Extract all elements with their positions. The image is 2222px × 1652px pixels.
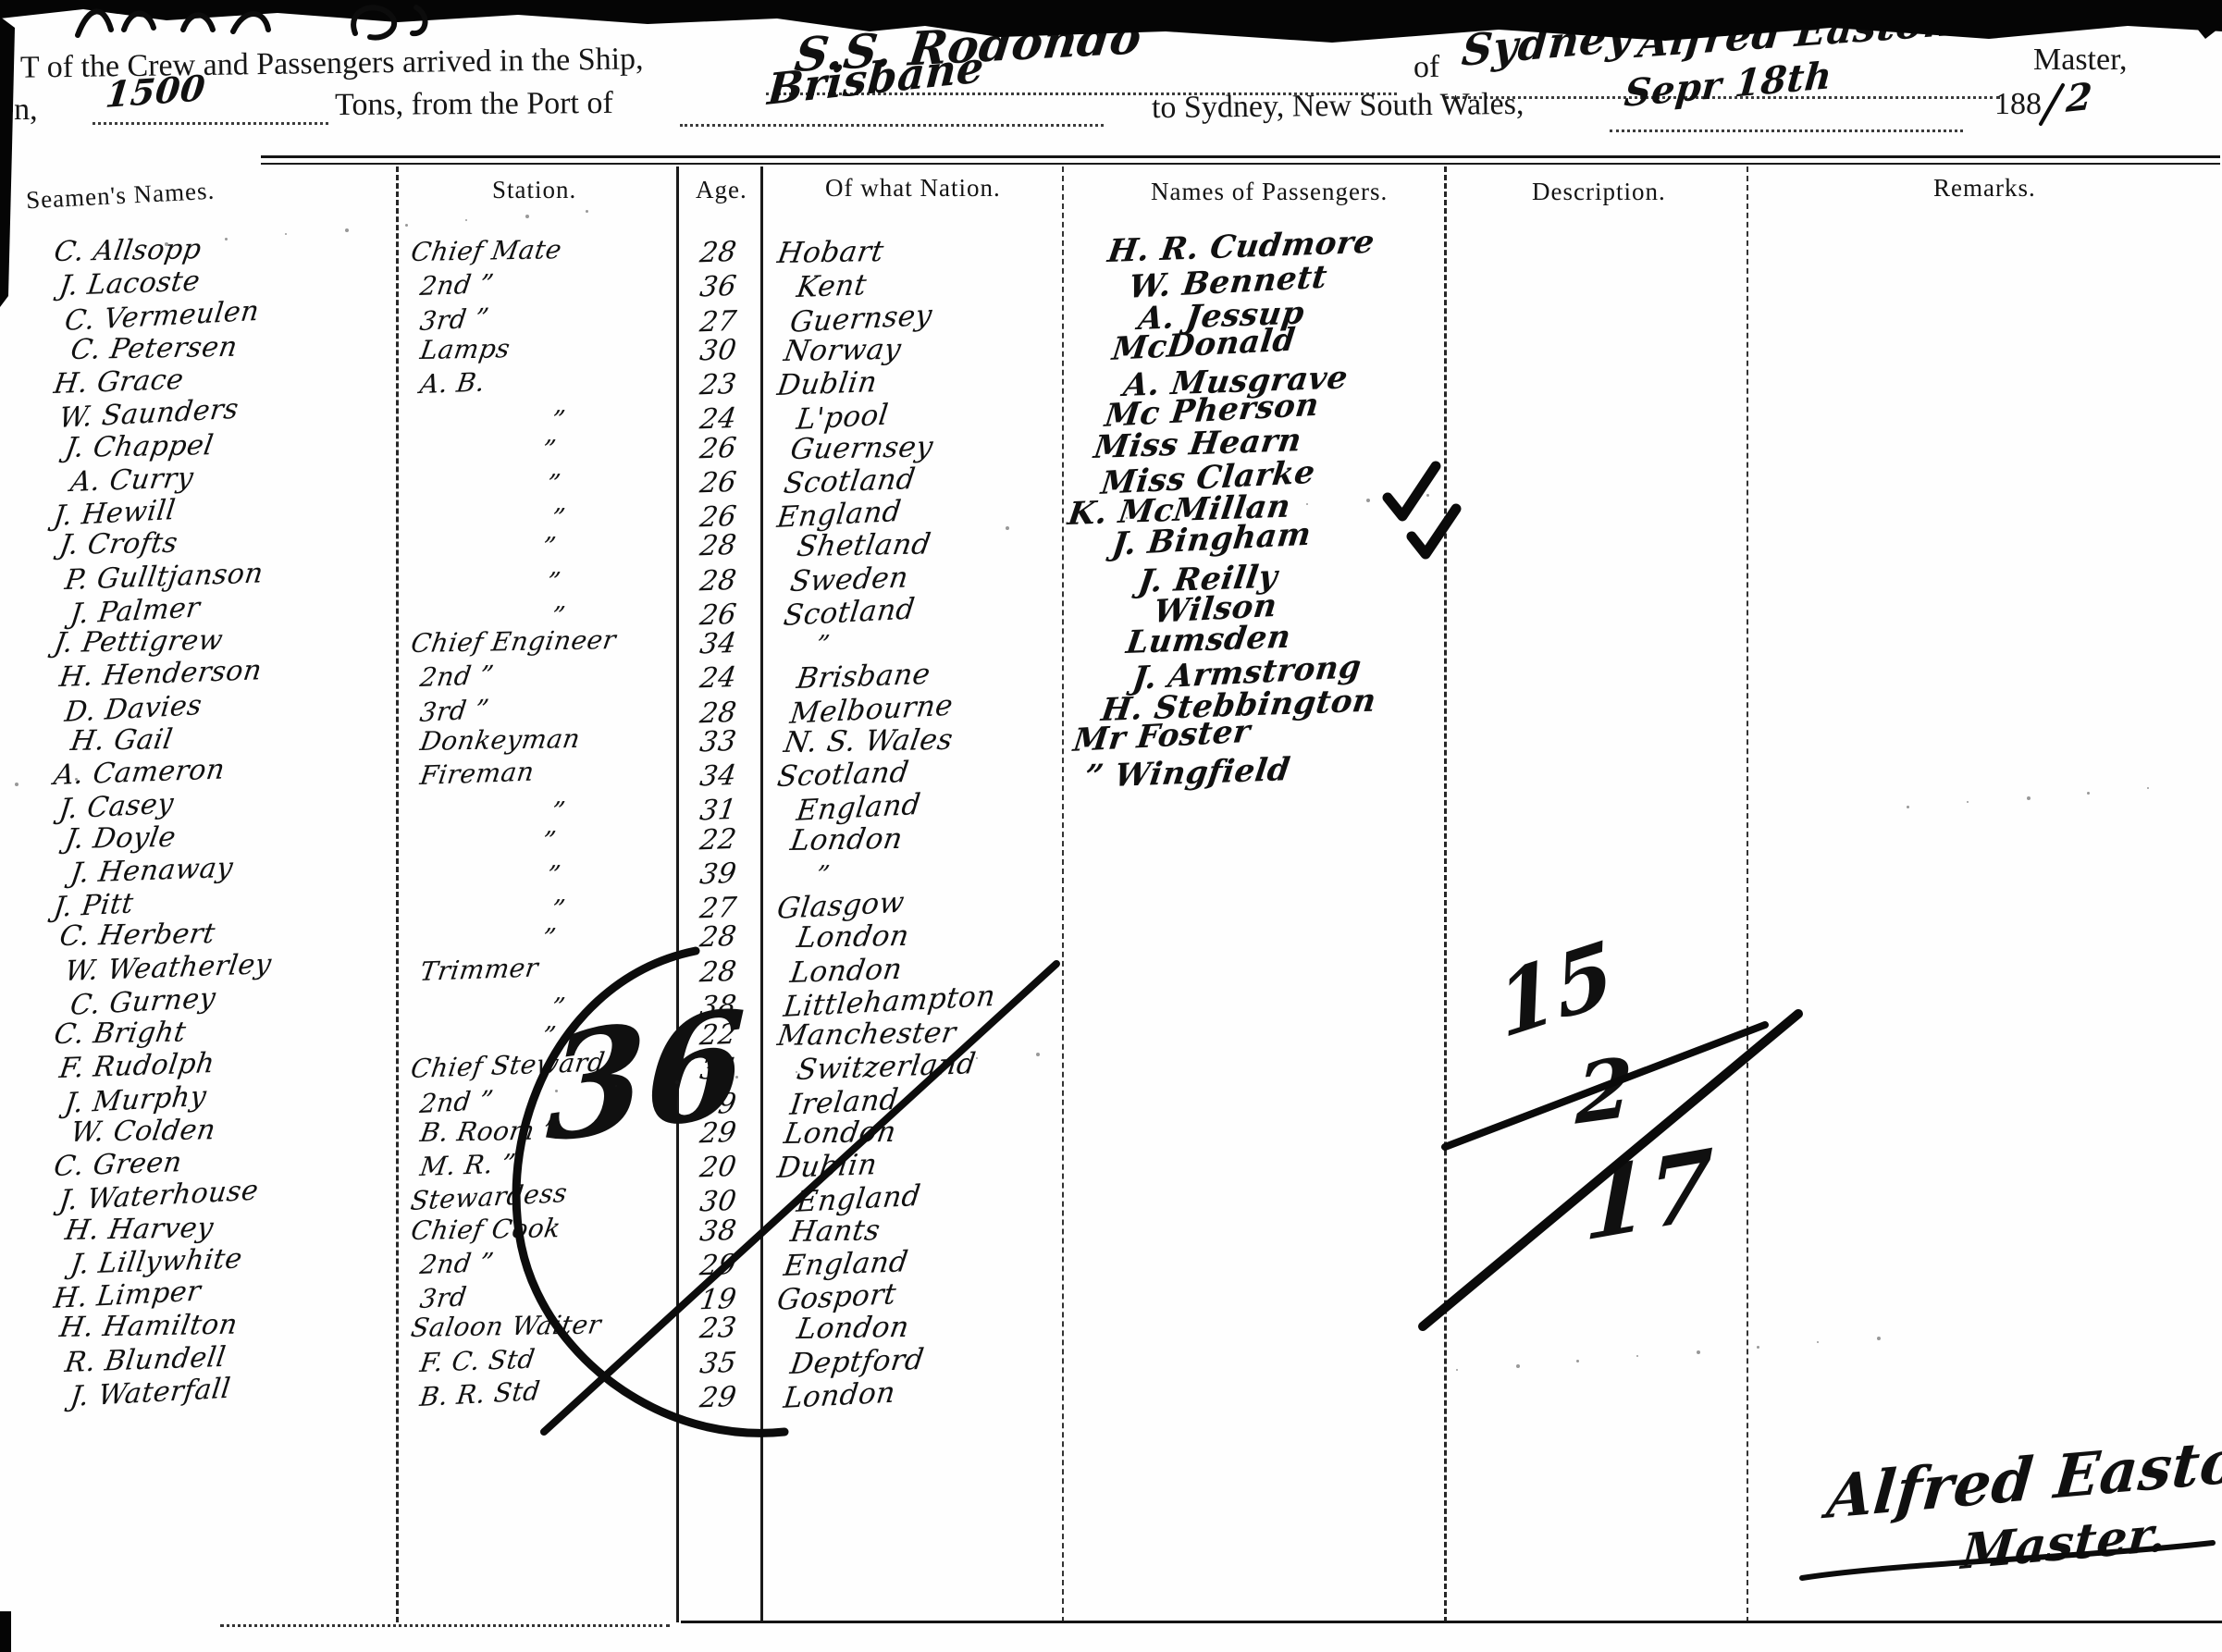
scan-noise-dot bbox=[1126, 517, 1128, 519]
crew-age: 29 bbox=[681, 1380, 756, 1415]
crew-station: B. Room ” bbox=[418, 1115, 560, 1148]
scan-noise-dot bbox=[1036, 1053, 1040, 1056]
scan-bottom-left-mark bbox=[0, 1611, 11, 1652]
port-rule bbox=[680, 124, 1104, 127]
crew-age: 34 bbox=[681, 758, 756, 794]
form-tons-label: Tons, from the Port of bbox=[335, 86, 613, 123]
crew-station: Chief Engineer bbox=[409, 624, 618, 659]
crew-station: Chief Cook bbox=[409, 1213, 563, 1246]
crew-age: 34 bbox=[681, 626, 756, 661]
scan-noise-dot bbox=[976, 1057, 978, 1059]
crew-name: W. Colden bbox=[68, 1114, 218, 1149]
crew-age: 24 bbox=[681, 660, 756, 696]
scan-noise-dot bbox=[1967, 801, 1969, 803]
crew-nation: Switzerland bbox=[795, 1047, 978, 1087]
scan-noise-dot bbox=[1877, 1337, 1881, 1340]
crew-station: Trimmer bbox=[418, 952, 540, 987]
form-destination-label: to Sydney, New South Wales, bbox=[1152, 87, 1525, 126]
passenger-name: ” Wingfield bbox=[1082, 751, 1292, 795]
crew-station: Lamps bbox=[418, 333, 512, 365]
scan-noise-dot bbox=[105, 247, 106, 249]
scan-noise-dot bbox=[1697, 1350, 1700, 1354]
crew-age: 26 bbox=[681, 465, 756, 500]
crew-age: 33 bbox=[681, 724, 756, 759]
tonnage-rule bbox=[93, 122, 328, 125]
crew-nation: Shetland bbox=[795, 528, 933, 564]
scan-corner-wedge bbox=[2172, 0, 2222, 39]
crew-nation: Kent bbox=[795, 268, 869, 304]
crew-station: 2nd ” bbox=[418, 1247, 496, 1280]
crew-name: A. Curry bbox=[68, 462, 196, 499]
column-rule-names-station bbox=[396, 166, 399, 1622]
scan-noise-dot bbox=[135, 773, 137, 775]
passenger-name: Mr Foster bbox=[1071, 712, 1253, 758]
scan-noise-dot bbox=[525, 215, 529, 218]
crew-name: H. Henderson bbox=[57, 654, 264, 694]
crew-name: J. Casey bbox=[57, 788, 176, 827]
crew-name: J. Doyle bbox=[63, 820, 179, 855]
crew-nation: Manchester bbox=[775, 1017, 958, 1053]
crew-name: C. Bright bbox=[52, 1016, 189, 1051]
crew-age: 38 bbox=[681, 1214, 756, 1249]
scan-noise-dot bbox=[15, 783, 19, 786]
crew-age: 28 bbox=[681, 919, 756, 955]
column-header-of-what-nation: Of what Nation. bbox=[825, 174, 1001, 203]
crew-name: D. Davies bbox=[63, 688, 204, 728]
crew-station: Chief Mate bbox=[409, 234, 564, 267]
crew-nation: London bbox=[782, 1116, 898, 1151]
crew-name: C. Green bbox=[52, 1146, 184, 1183]
scan-noise-dot bbox=[1516, 1364, 1520, 1368]
year-strike-stroke bbox=[2041, 85, 2063, 124]
crew-nation: London bbox=[795, 1311, 911, 1346]
crew-age: 28 bbox=[681, 563, 756, 598]
crew-station-ditto: ” bbox=[545, 469, 562, 498]
scan-noise-dot bbox=[1006, 526, 1009, 530]
scan-noise-dot bbox=[2087, 792, 2090, 795]
crew-station-ditto: ” bbox=[540, 826, 558, 855]
crew-nation: London bbox=[788, 821, 905, 857]
crew-age: 39 bbox=[681, 857, 756, 892]
form-of-label: of bbox=[1413, 50, 1440, 85]
crew-station-ditto: ” bbox=[549, 504, 567, 533]
column-header-names-of-passengers: Names of Passengers. bbox=[1151, 178, 1388, 206]
crew-name: C. Petersen bbox=[68, 331, 240, 366]
crew-station: M. R. ” bbox=[418, 1148, 518, 1182]
column-rule-age-nation bbox=[760, 166, 763, 1622]
crew-station: F. C. Std bbox=[418, 1343, 537, 1378]
scan-noise-dot bbox=[75, 778, 78, 781]
crew-nation: London bbox=[782, 1375, 897, 1415]
bottom-rule-dotted bbox=[220, 1624, 670, 1627]
crew-station: B. R. Std bbox=[418, 1375, 542, 1412]
crew-name: J. Waterfall bbox=[68, 1372, 232, 1412]
scanned-crew-passenger-list: T of the Crew and Passengers arrived in … bbox=[0, 0, 2222, 1652]
crew-age: 30 bbox=[681, 333, 756, 368]
crew-name: H. Hamilton bbox=[57, 1309, 240, 1344]
crew-nation: N. S. Wales bbox=[782, 722, 956, 758]
tonnage-handwritten: 1500 bbox=[104, 67, 207, 116]
crew-station: Saloon Waiter bbox=[409, 1310, 603, 1344]
crew-name: A. Cameron bbox=[52, 753, 227, 792]
crew-name: J. Henaway bbox=[68, 851, 235, 889]
crew-age: 20 bbox=[681, 1150, 756, 1185]
crew-station-ditto: ” bbox=[545, 860, 562, 889]
year-handwritten: 2 bbox=[2065, 74, 2094, 121]
scan-noise-dot bbox=[1757, 1346, 1759, 1349]
scan-noise-dot bbox=[1636, 1355, 1638, 1357]
crew-name: H. Gail bbox=[68, 723, 175, 758]
port-of-registry-handwritten: Sydney bbox=[1460, 10, 1635, 76]
crew-station: 3rd bbox=[418, 1281, 469, 1314]
scan-noise-dot bbox=[856, 1066, 859, 1070]
crew-station-ditto: ” bbox=[545, 567, 562, 596]
scan-noise-dot bbox=[1066, 522, 1068, 524]
crew-name: H. Grace bbox=[52, 364, 186, 401]
scan-noise-dot bbox=[555, 1090, 558, 1092]
column-rule-description-remarks bbox=[1747, 166, 1748, 1622]
top-edge-handwriting-fragment bbox=[78, 11, 268, 35]
check-mark-icon bbox=[1388, 466, 1436, 516]
scan-noise-dot bbox=[1366, 499, 1370, 502]
crew-nation: London bbox=[795, 919, 911, 955]
crew-station: 2nd ” bbox=[418, 1084, 495, 1118]
scan-noise-dot bbox=[225, 238, 228, 240]
crew-age: 26 bbox=[681, 431, 756, 466]
crew-name: J. Chappel bbox=[63, 429, 216, 464]
crew-name: P. Gulltjanson bbox=[63, 557, 265, 597]
scan-noise-dot bbox=[1246, 508, 1249, 511]
scan-noise-dot bbox=[405, 224, 408, 227]
crew-name: J. Crofts bbox=[57, 527, 180, 561]
scan-noise-dot bbox=[586, 210, 588, 213]
scan-noise-dot bbox=[1426, 494, 1429, 497]
scan-noise-dot bbox=[675, 1080, 679, 1084]
bottom-rule bbox=[681, 1621, 2222, 1623]
crew-nation: London bbox=[788, 952, 905, 989]
crew-station-ditto: ” bbox=[540, 435, 558, 463]
crew-station: 2nd ” bbox=[418, 268, 496, 302]
crew-name: J. Lillywhite bbox=[68, 1242, 244, 1281]
crew-nation-ditto: ” bbox=[814, 860, 832, 889]
scan-noise-dot bbox=[465, 219, 467, 221]
crew-nation: Sweden bbox=[788, 561, 910, 598]
crew-age: 36 bbox=[681, 269, 756, 304]
scan-noise-dot bbox=[1907, 806, 1909, 808]
column-rule-nation-passengers bbox=[1062, 166, 1064, 1622]
crew-age: 35 bbox=[681, 1346, 756, 1381]
crew-station: Fireman bbox=[418, 757, 537, 791]
crew-station: Donkeyman bbox=[418, 723, 583, 757]
crew-name: C. Allsopp bbox=[52, 233, 204, 268]
scan-noise-dot bbox=[2027, 796, 2031, 800]
scan-noise-dot bbox=[285, 233, 287, 235]
scan-noise-dot bbox=[796, 1071, 797, 1073]
crew-name: H. Harvey bbox=[63, 1212, 216, 1247]
crew-station-ditto: ” bbox=[540, 533, 558, 561]
crew-nation-ditto: ” bbox=[814, 631, 832, 660]
crew-station-ditto: ” bbox=[549, 797, 567, 826]
scan-noise-dot bbox=[916, 1062, 919, 1065]
check-mark-icon bbox=[1412, 509, 1456, 554]
crew-nation: Hobart bbox=[775, 235, 886, 270]
crew-nation: Scotland bbox=[782, 592, 917, 633]
crew-nation: Guernsey bbox=[788, 430, 935, 466]
form-master-label: Master, bbox=[2033, 43, 2128, 78]
crew-nation: Scotland bbox=[775, 756, 911, 794]
crew-station: 2nd ” bbox=[418, 660, 496, 693]
crew-station: A. B. bbox=[418, 366, 488, 400]
tally-bottom: 17 bbox=[1584, 1128, 1714, 1264]
column-header-seamens-names: Seamen's Names. bbox=[25, 177, 216, 216]
column-header-age: Age. bbox=[696, 176, 747, 204]
form-edge-fragment: en, bbox=[0, 92, 38, 128]
scan-noise-dot bbox=[1306, 503, 1308, 505]
scan-noise-dot bbox=[735, 1076, 738, 1079]
crew-name: C. Gurney bbox=[68, 981, 217, 1021]
scan-noise-dot bbox=[1817, 1341, 1819, 1343]
crew-age: 29 bbox=[681, 1248, 756, 1283]
crew-nation: Norway bbox=[782, 332, 904, 367]
tally-mid: 2 bbox=[1574, 1038, 1635, 1143]
crew-station: 3rd ” bbox=[418, 302, 491, 336]
crew-nation: Dublin bbox=[775, 365, 879, 402]
crew-nation: Deptford bbox=[788, 1342, 926, 1380]
tally-top: 15 bbox=[1492, 921, 1620, 1058]
crew-station-ditto: ” bbox=[549, 895, 567, 924]
crew-name: F. Rudolph bbox=[57, 1047, 216, 1085]
scan-noise-dot bbox=[1186, 512, 1190, 516]
crew-station: Stewardess bbox=[409, 1177, 569, 1216]
crew-name: C. Herbert bbox=[57, 918, 217, 953]
scan-noise-dot bbox=[615, 1085, 617, 1087]
column-header-description: Description. bbox=[1532, 178, 1666, 206]
crew-age: 28 bbox=[681, 528, 756, 563]
crew-name: J. Lacoste bbox=[57, 265, 203, 302]
crew-nation: Hants bbox=[788, 1214, 883, 1249]
scan-left-edge bbox=[0, 17, 15, 307]
crew-age: 23 bbox=[681, 367, 756, 402]
crew-age: 23 bbox=[681, 1311, 756, 1346]
crew-station: 3rd ” bbox=[418, 693, 491, 727]
top-edge-handwriting-fragment-2 bbox=[353, 7, 425, 38]
crew-station-ditto: ” bbox=[540, 924, 558, 953]
crew-station-ditto: ” bbox=[549, 406, 567, 435]
crew-total-annotation: 36 bbox=[544, 976, 748, 1176]
crew-name: W. Weatherley bbox=[63, 948, 274, 988]
column-rule-passengers-description bbox=[1444, 166, 1447, 1622]
form-year-printed: 188 bbox=[1994, 87, 2042, 122]
crew-name: J. Pettigrew bbox=[52, 624, 226, 660]
scan-noise-dot bbox=[1576, 1360, 1579, 1362]
scan-noise-dot bbox=[345, 228, 349, 232]
scan-noise-dot bbox=[165, 242, 168, 246]
crew-nation: Dublin bbox=[775, 1148, 879, 1185]
column-header-station: Station. bbox=[492, 176, 576, 204]
header-double-rule bbox=[261, 155, 2220, 165]
scan-noise-dot bbox=[1456, 1369, 1458, 1371]
scan-noise-dot bbox=[2147, 787, 2149, 789]
column-header-remarks: Remarks. bbox=[1933, 174, 2036, 203]
date-rule bbox=[1610, 129, 1963, 132]
column-rule-station-age bbox=[676, 166, 679, 1622]
crew-age: 22 bbox=[681, 822, 756, 857]
crew-age: 28 bbox=[681, 235, 756, 270]
